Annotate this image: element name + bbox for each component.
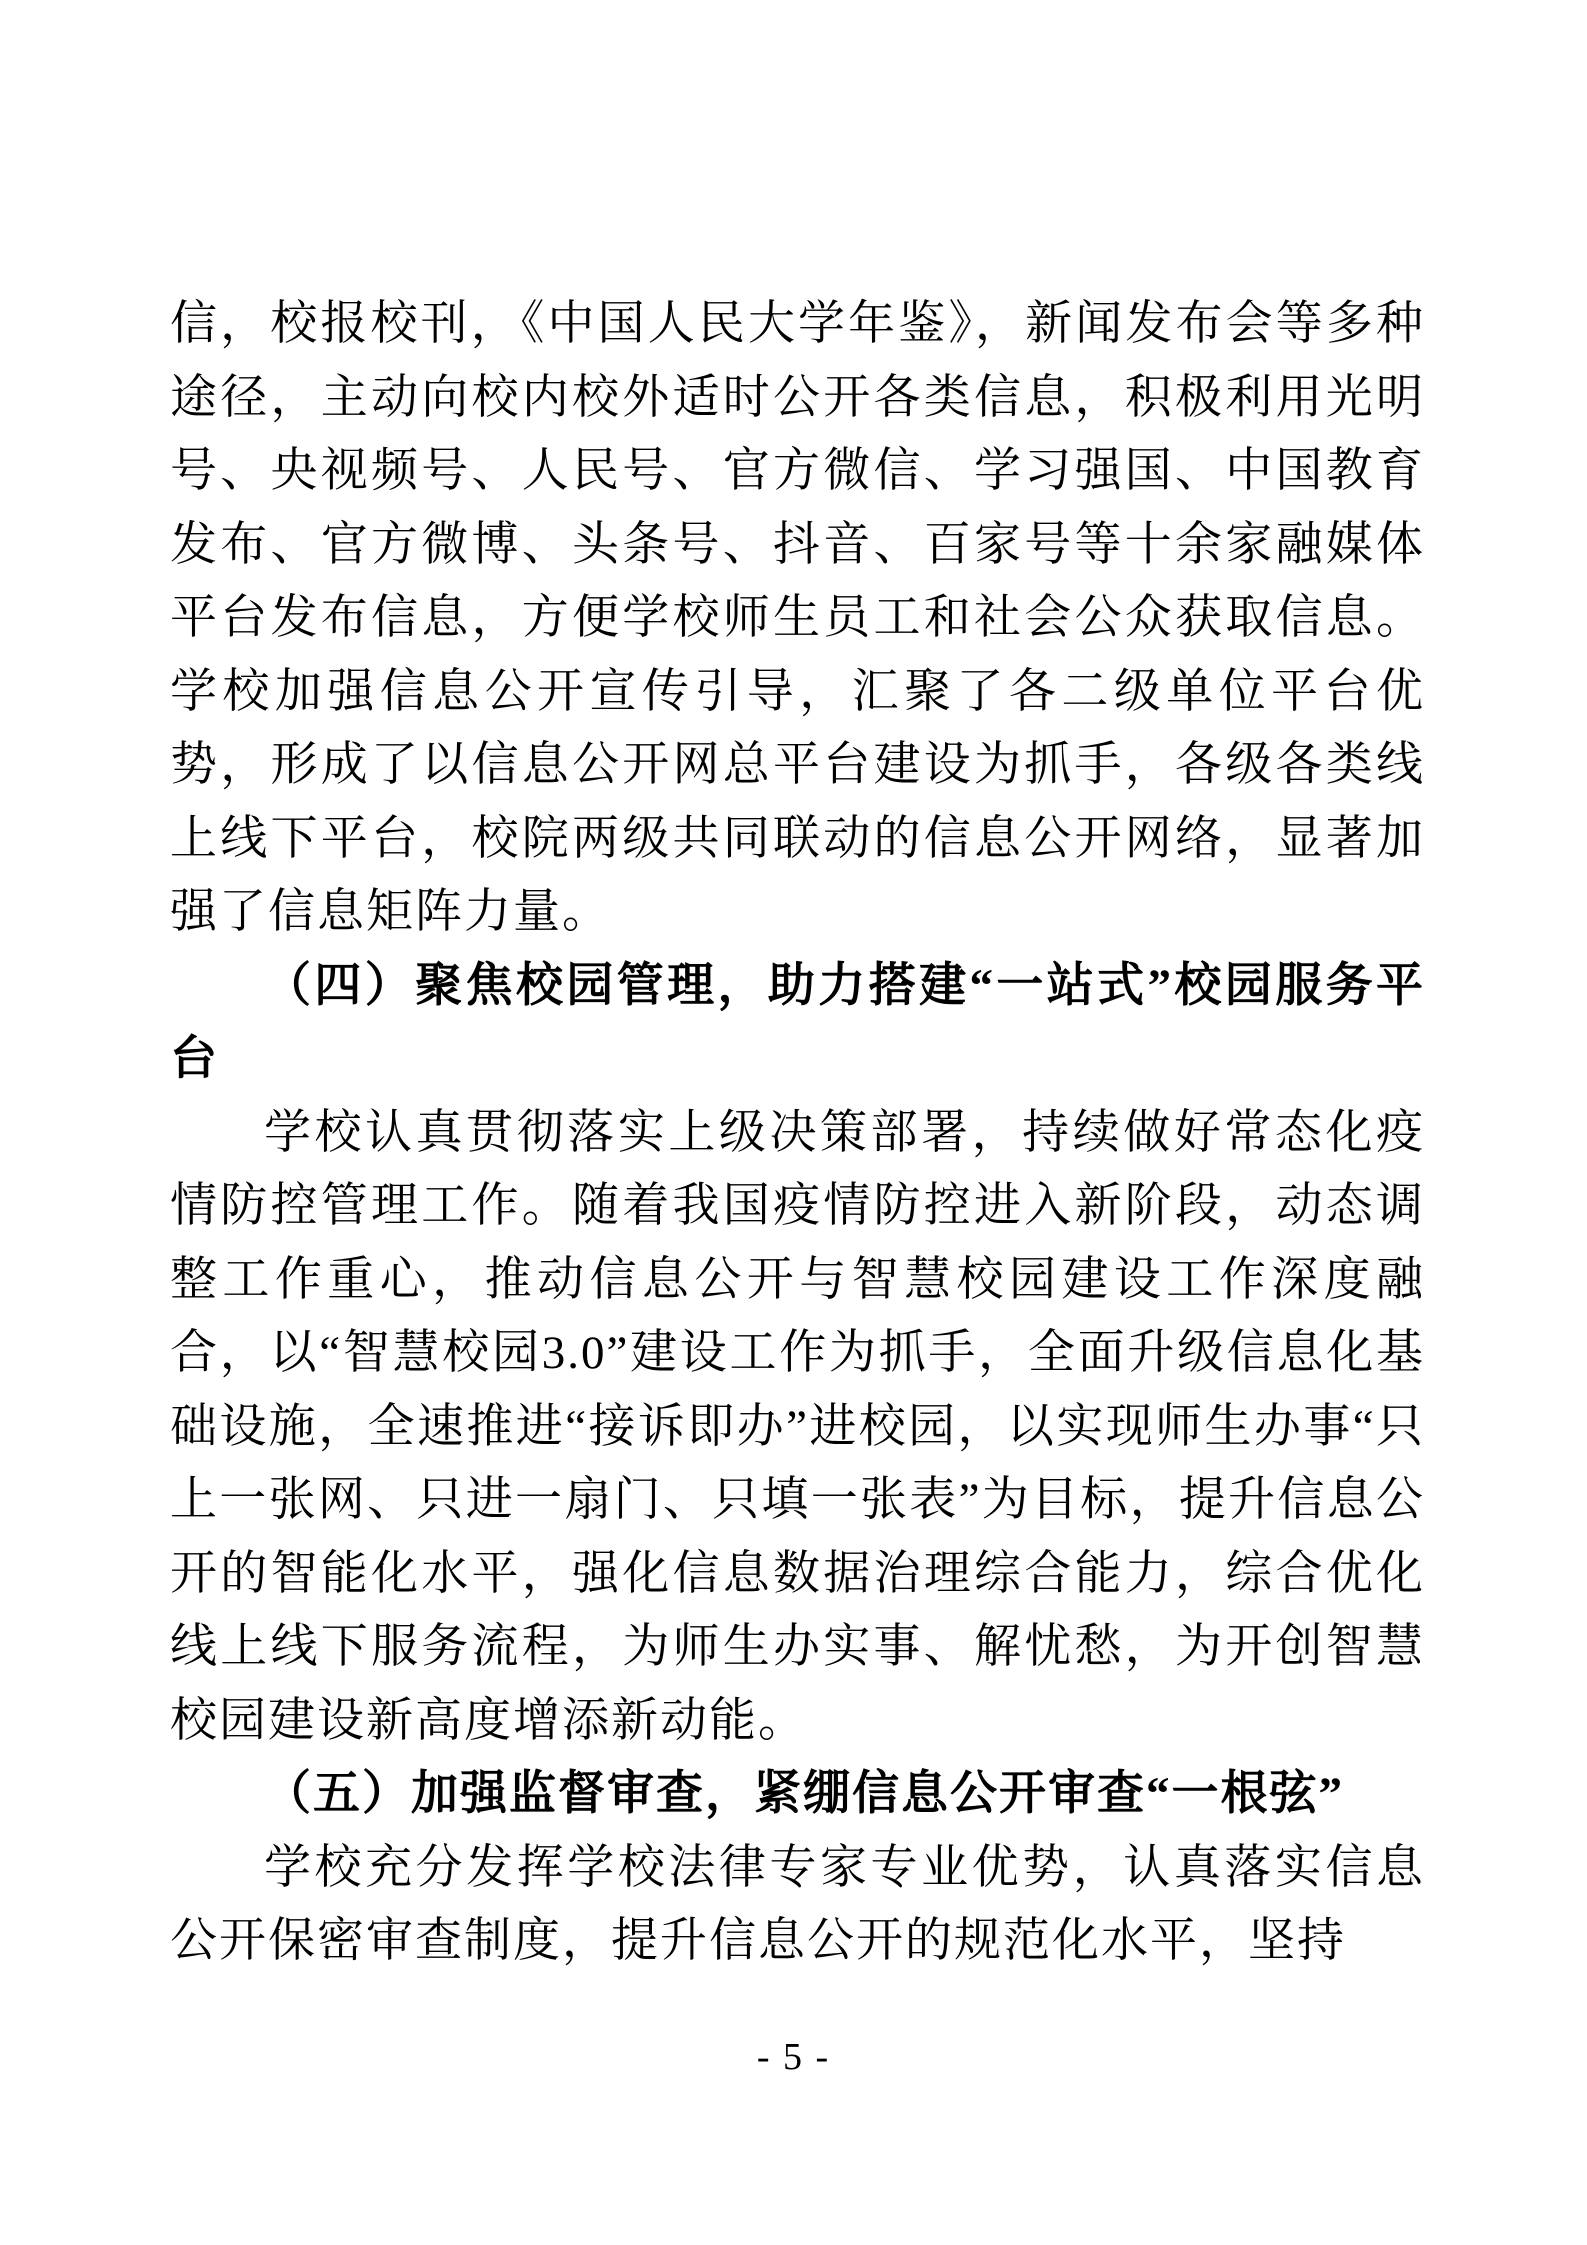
section-heading-5: （五）加强监督审查，紧绷信息公开审查“一根弦” [170, 1758, 1425, 1832]
document-page: 信，校报校刊，《中国人民大学年鉴》，新闻发布会等多种途径，主动向校内校外适时公开… [0, 0, 1587, 2245]
page-number: - 5 - [0, 2038, 1587, 2076]
paragraph-media-platforms: 信，校报校刊，《中国人民大学年鉴》，新闻发布会等多种途径，主动向校内校外适时公开… [170, 288, 1425, 950]
paragraph-review-system: 学校充分发挥学校法律专家专业优势，认真落实信息公开保密审查制度，提升信息公开的规… [170, 1832, 1425, 1979]
paragraph-campus-management: 学校认真贯彻落实上级决策部署，持续做好常态化疫情防控管理工作。随着我国疫情防控进… [170, 1097, 1425, 1759]
text-block: 信，校报校刊，《中国人民大学年鉴》，新闻发布会等多种途径，主动向校内校外适时公开… [170, 288, 1425, 1979]
section-heading-4: （四）聚焦校园管理，助力搭建“一站式”校园服务平台 [170, 950, 1425, 1097]
